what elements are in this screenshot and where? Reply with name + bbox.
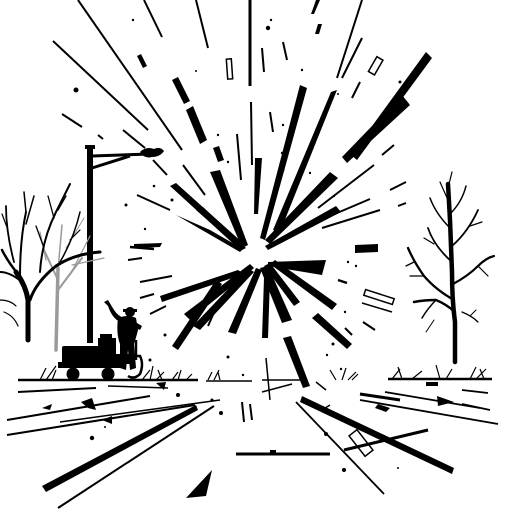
illustration — [0, 0, 512, 512]
bare-tree-right — [406, 172, 494, 362]
starburst-explosion — [53, 0, 432, 472]
